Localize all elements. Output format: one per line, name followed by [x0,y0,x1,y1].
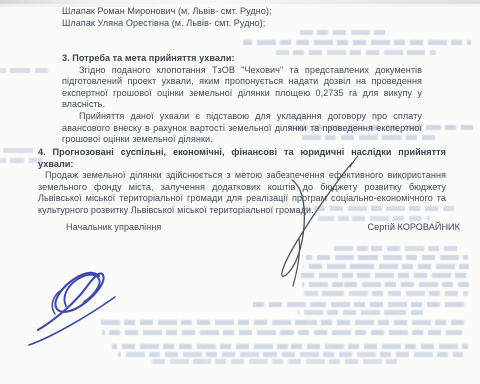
bleed-through-text-line [112,344,468,349]
bleed-through-text-line [303,264,469,269]
addressee-line: Шлапак Уляна Орестівна (м. Львів- смт. Р… [62,18,422,30]
bleed-through-text-line [0,148,34,153]
section-3-paragraph: Прийняття даної ухвали є підставою для у… [62,111,422,146]
bleed-through-text-line [102,330,462,335]
bleed-through-text-line [100,320,468,325]
bleed-through-text-line [298,310,423,315]
addressee-line: Шлапак Роман Миронович (м. Львів- смт. Р… [62,6,422,18]
section-4: 4. Прогнозовані суспільні, економічні, ф… [38,147,446,217]
section-3-heading: 3. Потреба та мета прийняття ухвали: [62,53,422,65]
bleed-through-text-line [152,359,402,364]
bleed-through-text-line [300,30,385,35]
bleed-through-text-line [243,40,471,45]
bleed-through-text-line [330,246,458,251]
bleed-through-text-line [0,158,42,163]
section-3: 3. Потреба та мета прийняття ухвали: Згі… [62,53,422,146]
bleed-through-text-line [118,352,463,357]
bleed-through-text-line [0,68,48,73]
signer-position-title: Начальник управління [66,222,161,234]
bleed-through-text-line [318,216,430,221]
bleed-through-text-line [250,302,465,307]
signer-name: Сергій КОРОВАЙНИК [368,222,460,234]
bleed-through-text-line [300,273,470,278]
section-3-paragraph: Згідно поданого клопотання ТзОВ "Чехович… [62,65,422,111]
bleed-through-text-line [306,255,468,260]
section-4-paragraph: Продаж земельної ділянки здійснюється з … [38,170,446,216]
signature-row: Начальник управління Сергій КОРОВАЙНИК [0,222,480,236]
bleed-through-text-line [302,282,469,287]
document-page: Шлапак Роман Миронович (м. Львів- смт. Р… [0,0,480,384]
section-4-heading: 4. Прогнозовані суспільні, економічні, ф… [38,147,446,170]
bleed-through-text-line [304,291,468,296]
addressee-list: Шлапак Роман Миронович (м. Львів- смт. Р… [62,6,422,29]
